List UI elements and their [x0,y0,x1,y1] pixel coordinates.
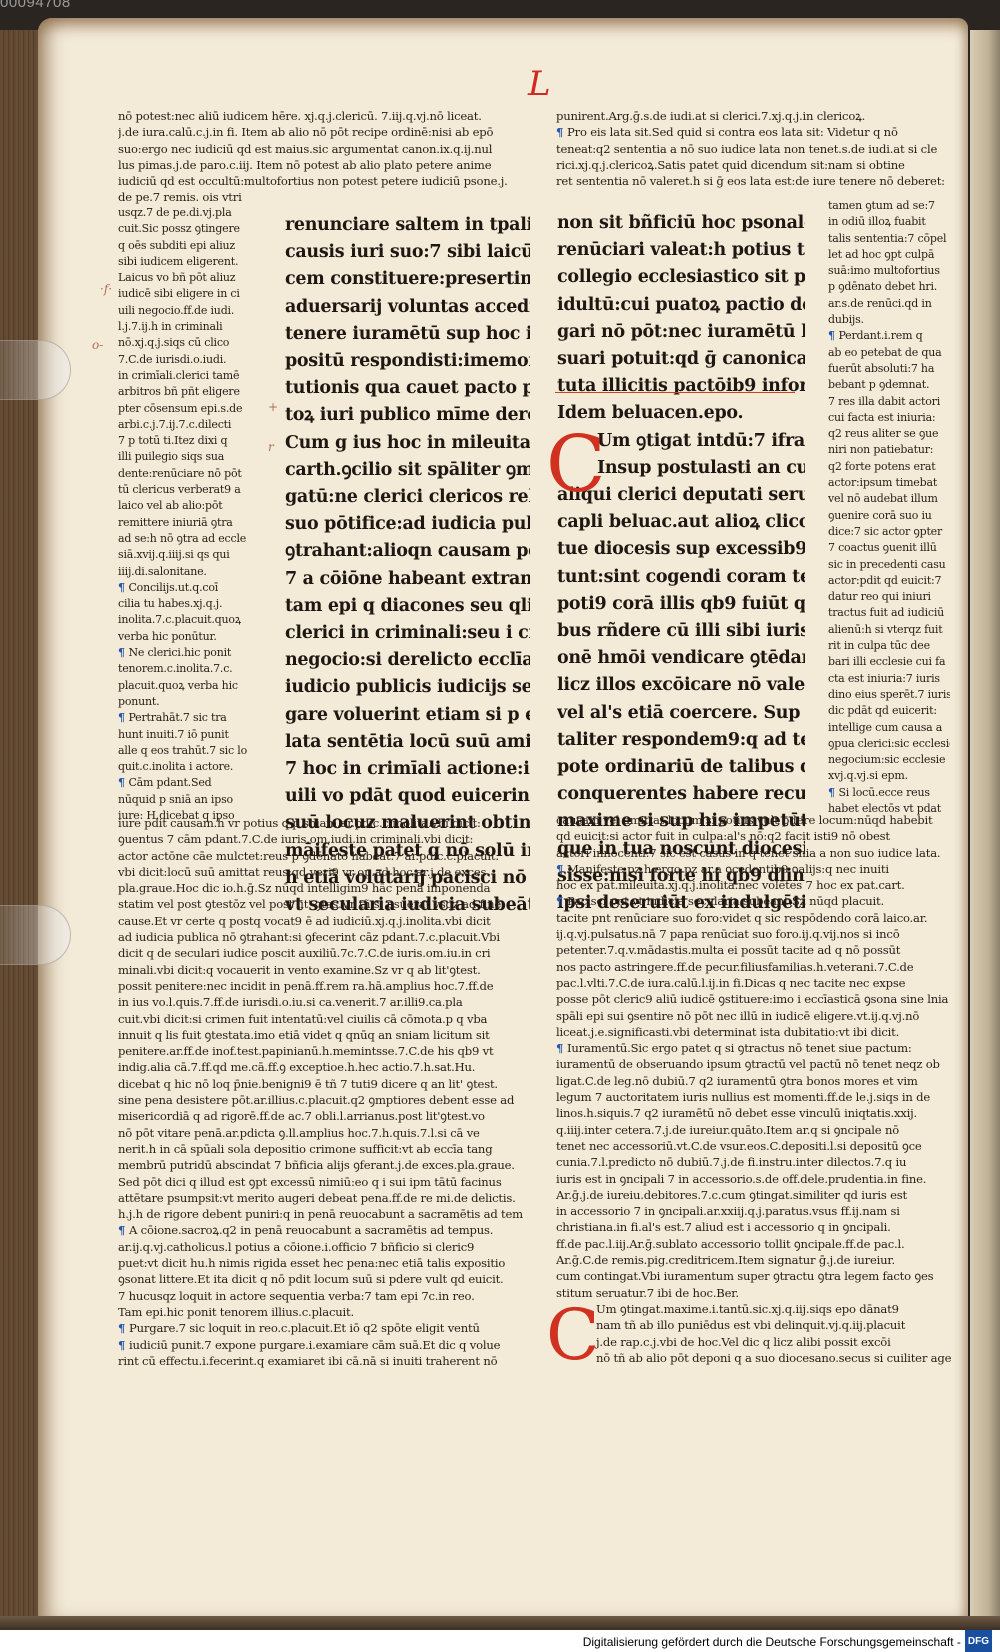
text-line: taliter respondem9:q ad te vt [557,727,805,754]
text-line: Tam epi.hic ponit tenorem illius.c.placu… [118,1304,523,1320]
text-line: ff.de pac.l.iij.Ar.ḡ.sublato accessorio … [556,1236,951,1252]
text-line: in crimīali.clerici tamē [118,368,256,384]
text-line: rici.xj.q.j.clericoꝝ.Satis patet quid di… [556,157,946,173]
red-initial-c: C [546,430,606,500]
margin-note: ·f· [100,282,112,296]
text-line: dubijs. [828,312,950,328]
text-line: collegio ecclesiastico sit publice [557,264,805,291]
text-line: talis sententia:7 cōpel [828,231,950,247]
text-line: capli beluac.aut alioꝝ clicoꝝ [557,509,805,536]
text-line: ꝯsonat littere.Et ita dicit q nō pdit lo… [118,1271,523,1287]
blue-paragraph-mark: ¶ [118,1338,129,1352]
text-line: ar.s.de renūci.qd in [828,296,950,312]
rubric-underline [555,392,795,393]
text-line: sine pena desistere pōt.ar.illius.c.plac… [118,1092,523,1108]
text-line: poti9 corā illis qb9 fuiūt qrelāti [557,591,805,618]
text-line: niri non patiebatur: [828,442,950,458]
text-line: tū clericus verberat9 a [118,482,256,498]
text-line: hunt inuiti.7 iō punit [118,727,256,743]
text-line: renūciari valeat:h potius toti [557,237,805,264]
text-line: onē hmōi vendicare ꝯtēdant: [557,645,805,672]
text-line: Ar.ḡ.C.de remis.pig.creditricem.Item sig… [556,1252,951,1268]
text-line: nō.xj.q.j.siqs cū clico [118,335,256,351]
text-line: cta est iniuria:7 iuris [828,671,950,687]
text-line: nō potest:nec aliū iudicem hēre. xj.q.j.… [118,108,510,124]
text-line: remittere iniuriā ꝯtra [118,515,256,531]
text-line: petenter.7.q.v.mādastis.multa ei possūt … [556,942,951,958]
text-line: tunt:sint cogendi coram te:vel [557,564,805,591]
text-line: linos.h.siquis.7 q2 iuramētū nō debet es… [556,1105,951,1121]
text-line: ꝯtrahant:alioqn causam pdāt [285,538,530,565]
text-line: iiij.di.salonitane. [118,564,256,580]
text-line: h.j.h de rigore debent puniri:q in penā … [118,1206,523,1222]
text-line: cunia.7.l.predicto nō dubiū.7.j.de fi.in… [556,1154,951,1170]
blue-paragraph-mark: ¶ [828,786,838,799]
text-line: l.j.7.ij.h in criminali [118,319,256,335]
text-line: uili negocio.ff.de iudi. [118,303,256,319]
text-line: 7 coactus ꝯuenit illū [828,540,950,556]
text-line: pote ordinariū de talibus debēt [557,754,805,781]
text-line: toꝝ iuri publico mīme derogari [285,402,530,429]
text-line: causam vel amittat locum si potius vult … [556,812,951,828]
text-line: conquerentes habere recursu: [557,781,805,808]
blue-paragraph-mark: ¶ [118,711,128,724]
text-line: ¶ Concilijs.ut.q.coī [118,580,256,596]
top-gloss-left: nō potest:nec aliū iudicem hēre. xj.q.j.… [118,108,510,206]
text-line: ¶ Perdant.i.rem q [828,328,950,344]
text-line: lus pimas.j.de paro.c.iij. Item nō potes… [118,157,510,173]
text-line: usqz.7 de pe.di.vj.pla [118,205,256,221]
margin-note: o- [92,338,103,352]
text-line: legum 7 auctoritatem iuris nullius est m… [556,1089,951,1105]
text-line: liceat.j.e.significasti.vbi determinat i… [556,1024,951,1040]
blue-paragraph-mark: ¶ [118,646,128,659]
text-line: let ad hoc ꝯpt culpā [828,247,950,263]
text-line: ¶ Cām pdant.Sed [118,775,256,791]
text-line: suo:ergo nec iudiciū qd est maius.sic ar… [118,141,510,157]
text-line: dic pdāt qd euicerit: [828,703,950,719]
text-line: illi puilegio siqs sua [118,449,256,465]
text-line: actor:ipsum timebat [828,475,950,491]
text-line: ret sententia nō valeret.h si ḡ eos lata… [556,173,946,189]
text-line: q2 forte potens erat [828,459,950,475]
text-line: dicebat q hic nō loq p̄nie.benigni9 ē tñ… [118,1076,523,1092]
text-line: nō tñ ab alio pōt deponi q a suo diocesa… [556,1350,951,1366]
text-line: actor:pdit qd euicit:7 [828,573,950,589]
text-line: 7 p totū ti.Itez dixi q [118,433,256,449]
text-line: laico vel ab alio:pōt [118,498,256,514]
text-line: tamen ꝯtum ad se:7 [828,198,950,214]
text-line: tuta illicitis pactōib9 informat [557,373,805,400]
text-line: gari nō pōt:nec iuramētū licite [557,319,805,346]
main-text-left-column: renunciare saltem in tpalibuscausis iuri… [285,212,530,919]
text-line: minali.vbi dicit:q vocauerit in vento ex… [118,962,523,978]
blue-paragraph-mark: ¶ [556,894,567,908]
text-line: 7.C.de iurisdi.o.iudi. [118,352,256,368]
footer-text: Digitalisierung gefördert durch die Deut… [583,1635,961,1649]
blue-paragraph-mark: ¶ [118,1321,129,1335]
text-line: gare voluerint etiam si p eis sit [285,702,530,729]
text-line: membrū putridū abscindat 7 bñficia alijs… [118,1157,523,1173]
text-line: cause.Et vr certe q postq vocat9 ē ad iu… [118,913,523,929]
bottom-gloss-left: iure pdit causam.h vr potius q p sniam.a… [118,815,523,1369]
text-line: Cum g ius hoc in mileuitañ.et [285,430,530,457]
text-line: ¶ Manifeste pz.h ergo pz ar.a ꝯcedentib9… [556,861,951,877]
text-line: cum contingat.Vbi iuramentum super ꝯtrac… [556,1268,951,1284]
text-line: nō pōt vitare penā.ar.pdicta ꝯ.ll.ampliu… [118,1125,523,1141]
text-line: ¶ Pertrahāt.7 sic tra [118,710,256,726]
blue-paragraph-mark: ¶ [556,125,567,139]
text-line: ar.ij.q.vj.catholicus.l potius a cōione.… [118,1239,523,1255]
text-line: 7 hucusqz loquit in actore sequentia ver… [118,1288,523,1304]
blue-paragraph-mark: ¶ [118,1223,129,1237]
text-line: suo pōtifice:ad iudicia publica [285,511,530,538]
text-line: sibi iudicem eligerent. [118,254,256,270]
blue-paragraph-mark: ¶ [556,1041,567,1055]
text-line: 7 res illa dabit actori [828,394,950,410]
text-line: statim vel post ꝯtestōz vel post lit' ꝯt… [118,896,523,912]
blue-paragraph-mark: ¶ [118,581,128,594]
text-line: tenere iuramētū sup hoc inter [285,321,530,348]
right-gloss-column: tamen ꝯtum ad se:7in odiū illoꝝ fuabitta… [828,198,950,817]
glass-clip-lower [0,905,71,965]
text-line: in ius vo.l.quis.7.ff.de iurisdi.o.iu.si… [118,994,523,1010]
text-line: aduersarij voluntas accedit ad [285,294,530,321]
text-line: lata sentētia locū suū amittāt: [285,729,530,756]
text-line: in odiū illoꝝ fuabit [828,214,950,230]
text-line: clerici in criminali:seu i ciuili [285,620,530,647]
text-line: negocium:sic ecclesie [828,752,950,768]
bottom-gloss-right: causam vel amittat locum si potius vult … [556,812,951,1366]
text-line: hoc ex pat.mileuita.xj.q.j.inolita.nec v… [556,877,951,893]
text-line: q oēs subditi epi aliuz [118,238,256,254]
blue-paragraph-mark: ¶ [828,329,838,342]
text-line: teneat:q2 sententia a nō suo iudice lata… [556,141,946,157]
text-line: Sed pōt dici q illud est ꝯpt excessū nim… [118,1174,523,1190]
text-line: vel al's etiā coercere. Sup quo [557,700,805,727]
glass-clip-upper [0,340,71,400]
text-line: ¶ iudiciū punit.7 expone purgare.i.exami… [118,1337,523,1353]
text-line: iudicio publicis iudicijs se pur [285,674,530,701]
text-line: cuit.Sic possz ꝯtingere [118,221,256,237]
text-line: nos pacto astringere.ff.de pecur.filiusf… [556,959,951,975]
text-line: christiana.in fi.al's est.7 aliud est i … [556,1219,951,1235]
text-line: cem constituere:presertim vbi [285,266,530,293]
text-line: ꝯuentus 7 cām pdant.7.C.de iuris.om.iudi… [118,831,523,847]
page-bottom-edge [0,1616,1000,1630]
text-line: ponunt. [118,694,256,710]
text-line: Laicus vo bñ pōt aliuz [118,270,256,286]
text-line: q2 reus aliter se ꝯue [828,426,950,442]
text-line: ab eo petebat de qua [828,345,950,361]
text-line: posse pōt cleric9 aliū iudicē ꝯstituere:… [556,991,951,1007]
text-line: carth.ꝯcilio sit spāliter ꝯmul [285,457,530,484]
text-line: penitere.ar.ff.de inof.test.papinianū.h.… [118,1043,523,1059]
text-line: rit in culpa tūc dee [828,638,950,654]
text-line: ¶ Si locū.ecce reus [828,785,950,801]
text-line: arbi.c.j.7.ij.7.c.dilecti [118,417,256,433]
text-line: j.de iura.calū.c.j.in fi. Item ab alio n… [118,124,510,140]
text-line: tractus fuit ad iudiciū [828,605,950,621]
text-line: spāli epi sui ꝯsentire nō pōt nec illū i… [556,1008,951,1024]
next-page-edge [970,30,1000,1620]
text-line: pter cōsensum epi.s.de [118,401,256,417]
text-line: in accessorio 7 in ꝯncipali.ar.xxiij.q.j… [556,1203,951,1219]
text-line: dino eius sperēt.7 iuris [828,687,950,703]
text-line: quit.c.inolita i actore. [118,759,256,775]
text-line: cui facta est iniuria: [828,410,950,426]
text-line: non sit bñficiū hoc psonale:cui [557,210,805,237]
text-line: sic in precedenti casu [828,557,950,573]
text-line: j.de rap.c.j.vbi de hoc.Vel dic q licz a… [556,1334,951,1350]
margin-note: r [268,440,274,454]
text-line: iuris est in ꝯncipali 7 in accessorio.s.… [556,1171,951,1187]
text-line: positū respondisti:imemor ꝯsti [285,348,530,375]
text-line: dice:7 sic actor ꝯpter [828,524,950,540]
left-gloss-column: usqz.7 de pe.di.vj.placuit.Sic possz ꝯti… [118,205,256,824]
text-line: fuerūt absoluti:7 ha [828,361,950,377]
text-line: gatū:ne clerici clericos relicto [285,484,530,511]
text-line: nam tñ ab illo puniēdus est vbi delinqui… [556,1317,951,1333]
text-line: indig.alia cā.7.ff.qd me.cā.ff.ꝯ excepti… [118,1059,523,1075]
text-line: suari potuit:qd ḡ canonica sta [557,346,805,373]
text-line: de pe.7 remis. ois vtri [118,189,510,205]
text-line: q.iiij.inter cetera.7.j.de iureiur.quāto… [556,1122,951,1138]
text-line: renunciare saltem in tpalibus [285,212,530,239]
text-line: possit penitere:nec incidit in penā.ff.r… [118,978,523,994]
text-line: Um ꝯtingat.maxime.i.tantū.sic.xj.q.iij.s… [556,1301,951,1317]
top-gloss-right: punirent.Arg.ḡ.s.de iudi.at si clerici.7… [556,108,946,189]
text-line: ¶ Pacisci pnt.vt iudicia secularia subea… [556,893,951,909]
text-line: bebant p ꝯdemnat. [828,377,950,393]
text-line: punirent.Arg.ḡ.s.de iudi.at si clerici.7… [556,108,946,124]
text-line: stitum seruatur.7 ibi de hoc.Ber. [556,1285,951,1301]
text-line: 7 a cōiōne habeant extranei:7 [285,566,530,593]
text-line: ¶ Ne clerici.hic ponit [118,645,256,661]
text-line: causis iuri suo:7 sibi laicū iudi [285,239,530,266]
blue-paragraph-mark: ¶ [556,862,567,876]
text-line: siā.xvij.q.iiij.si qs qui [118,547,256,563]
text-line: actori innocenti:7 sic est casus in q te… [556,845,951,861]
text-line: attētare psumpsit:vt merito augeri debea… [118,1190,523,1206]
text-line: ꝯuenire corā suo iu [828,508,950,524]
text-line: iudicē sibi eligere in ci [118,286,256,302]
text-line: cilia tu habes.xj.q.j. [118,596,256,612]
text-line: intellige cum causa a [828,720,950,736]
text-line: arbitros bñ pñt eligere [118,384,256,400]
text-line: inolita.7.c.placuit.quoꝝ [118,612,256,628]
text-line: tam epi q diacones seu qlibet [285,593,530,620]
text-line: iudiciū qd est occultū:multofortius non … [118,173,510,189]
text-line: actor actōne cāe mulctet:reus p ꝯdēnato … [118,848,523,864]
footer-credit: Digitalisierung gefördert durch die Deut… [0,1630,1000,1652]
text-line: p ꝯdēnato debet hri. [828,279,950,295]
dfg-logo: DFG [965,1630,992,1652]
text-line: suā:imo multofortius [828,263,950,279]
text-line: tutionis qua cauet pacto puā [285,375,530,402]
text-line: ¶ Purgare.7 sic loquit in reo.c.placuit.… [118,1320,523,1336]
text-line: innuit q lis fuit ꝯtestata.imo etiā vide… [118,1027,523,1043]
text-line: negocio:si derelicto ecclīastico [285,647,530,674]
text-line: rint cū effectu.i.fecerint.q examiaret i… [118,1353,523,1369]
text-line: ad se:h nō ꝯtra ad eccle [118,531,256,547]
text-line: pla.graue.Hoc dic io.h.ḡ.Sz nūqd intelli… [118,880,523,896]
text-line: tenet nec accessoriū.vt.C.de vsur.eos.C.… [556,1138,951,1154]
text-line: ligat.C.de leg.nō dubiū.7 q2 iuramentū ꝯ… [556,1073,951,1089]
text-line: idultū:cui puatoꝝ pactio dero [557,292,805,319]
text-line: placuit.quoꝝ verba hic [118,678,256,694]
text-line: pac.l.vlti.7.C.de iura.calū.l.ij.in fi.D… [556,975,951,991]
text-line: tue diocesis sup excessib9 impe [557,536,805,563]
text-line: xvj.q.vj.si epm. [828,768,950,784]
text-line: nerit.h in cā spūali sola depositio crim… [118,1141,523,1157]
text-line: bari illi ecclesie cui fa [828,654,950,670]
text-line: dicit q de seculari iudice poscit auxili… [118,945,523,961]
text-line: licz illos excōicare nō valeant: [557,672,805,699]
text-line: qd euicit:si actor fuit in culpa:al's nō… [556,828,951,844]
text-line: cuit.vbi dicit:si crimen fuit intentatū:… [118,1011,523,1027]
text-line: vel nō audebat illum [828,491,950,507]
text-line: vbi dicit:locū suū amittat reus:qd veri9… [118,864,523,880]
text-line: iuramentū de obseruando ipsum ꝯtractū ve… [556,1056,951,1072]
text-line: datur reo qui iniuri [828,589,950,605]
text-line: tenorem.c.inolita.7.c. [118,661,256,677]
text-line: Ar.ḡ.j.de iureiu.debitores.7.c.cum ꝯting… [556,1187,951,1203]
text-line: bus rñdere cū illi sibi iurisditi [557,618,805,645]
folio-mark: L [528,64,551,104]
blue-paragraph-mark: ¶ [118,776,128,789]
text-line: iure pdit causam.h vr potius q p sniam.a… [118,815,523,831]
margin-note: + [268,400,278,414]
text-line: alienū:h si vterqz fuit [828,622,950,638]
text-line: ¶ A cōione.sacroꝝ.q2 in penā reuocabunt … [118,1222,523,1238]
text-line: 7 hoc in crimīali actione:in ci [285,756,530,783]
text-line: misericordiā q ad rigorē.ff.de ac.7 obli… [118,1108,523,1124]
text-line: dente:renūciare nō pōt [118,466,256,482]
text-line: puet:vt dicit hu.h nimis rigida esset he… [118,1255,523,1271]
text-line: ad iudicia publica nō ꝯtrahant:si ꝯfecer… [118,929,523,945]
text-line: ꝯpua clerici:sic ecclesie [828,736,950,752]
text-line: ¶ Iuramentū.Sic ergo patet q si ꝯtractus… [556,1040,951,1056]
text-line: nūquid p sniā an ipso [118,792,256,808]
text-line: alle q eos trahūt.7 sic lo [118,743,256,759]
text-line: ¶ Pro eis lata sit.Sed quid si contra eo… [556,124,946,140]
text-line: ij.q.vj.pulsatus.nā 7 papa renūciat suo … [556,926,951,942]
scan-id: 00094708 [0,0,71,11]
text-line: verba hic ponūtur. [118,629,256,645]
text-line: tacite pnt renūciare suo foro:videt q si… [556,910,951,926]
text-line: uili vo pdāt quod euicerint:si [285,783,530,810]
